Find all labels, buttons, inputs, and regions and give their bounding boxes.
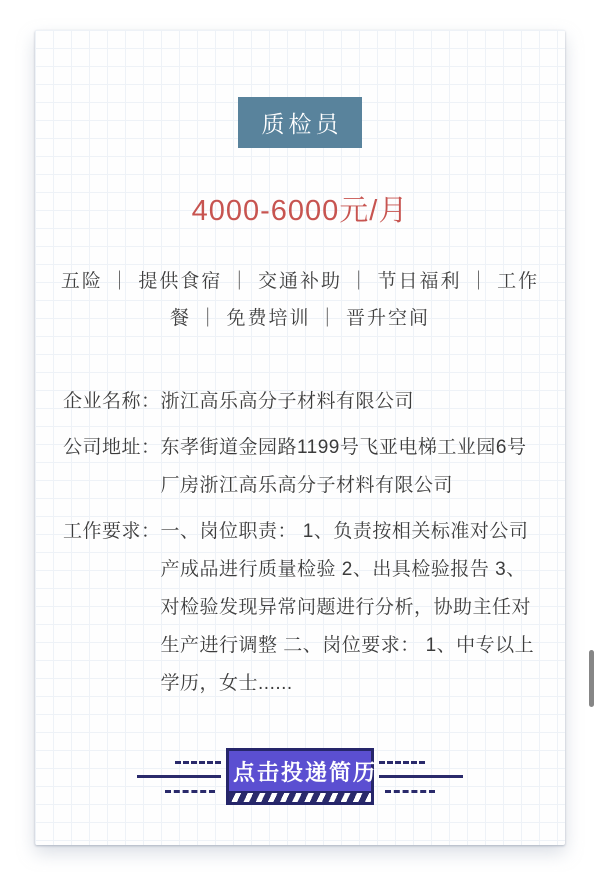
- company-name-row: 企业名称： 浙江高乐高分子材料有限公司: [63, 383, 535, 421]
- stripes-decoration: [229, 791, 371, 802]
- solid-line-icon: [137, 775, 221, 778]
- salary-text: 4000-6000元/月: [35, 188, 565, 229]
- cta-area: 点击投递简历: [35, 748, 565, 805]
- job-info-section: 企业名称： 浙江高乐高分子材料有限公司 公司地址： 东孝街道金园路1199号飞亚…: [63, 383, 535, 703]
- job-title-badge: 质检员: [238, 97, 362, 148]
- company-name-value: 浙江高乐高分子材料有限公司: [161, 383, 535, 421]
- speed-lines-left-decoration: [137, 759, 221, 795]
- job-requirements-value: 一、岗位职责： 1、负责按相关标准对公司产成品进行质量检验 2、出具检验报告 3…: [161, 513, 535, 703]
- company-address-row: 公司地址： 东孝街道金园路1199号飞亚电梯工业园6号厂房浙江高乐高分子材料有限…: [63, 429, 535, 505]
- submit-resume-button[interactable]: 点击投递简历: [226, 748, 374, 805]
- company-name-label: 企业名称：: [63, 383, 161, 421]
- speed-lines-right-decoration: [379, 759, 463, 795]
- submit-resume-label: 点击投递简历: [229, 751, 371, 791]
- dash-line-icon: [379, 761, 425, 764]
- solid-line-icon: [379, 775, 463, 778]
- job-posting-card: 质检员 4000-6000元/月 五险 ｜ 提供食宿 ｜ 交通补助 ｜ 节日福利…: [35, 30, 565, 845]
- dash-line-icon: [385, 790, 435, 793]
- dash-line-icon: [165, 790, 215, 793]
- company-address-label: 公司地址：: [63, 429, 161, 505]
- company-address-value: 东孝街道金园路1199号飞亚电梯工业园6号厂房浙江高乐高分子材料有限公司: [161, 429, 535, 505]
- scrollbar-thumb[interactable]: [589, 650, 594, 707]
- benefits-line: 五险 ｜ 提供食宿 ｜ 交通补助 ｜ 节日福利 ｜ 工作餐 ｜ 免费培训 ｜ 晋…: [53, 263, 547, 337]
- job-requirements-row: 工作要求： 一、岗位职责： 1、负责按相关标准对公司产成品进行质量检验 2、出具…: [63, 513, 535, 703]
- job-requirements-label: 工作要求：: [63, 513, 161, 703]
- dash-line-icon: [175, 761, 221, 764]
